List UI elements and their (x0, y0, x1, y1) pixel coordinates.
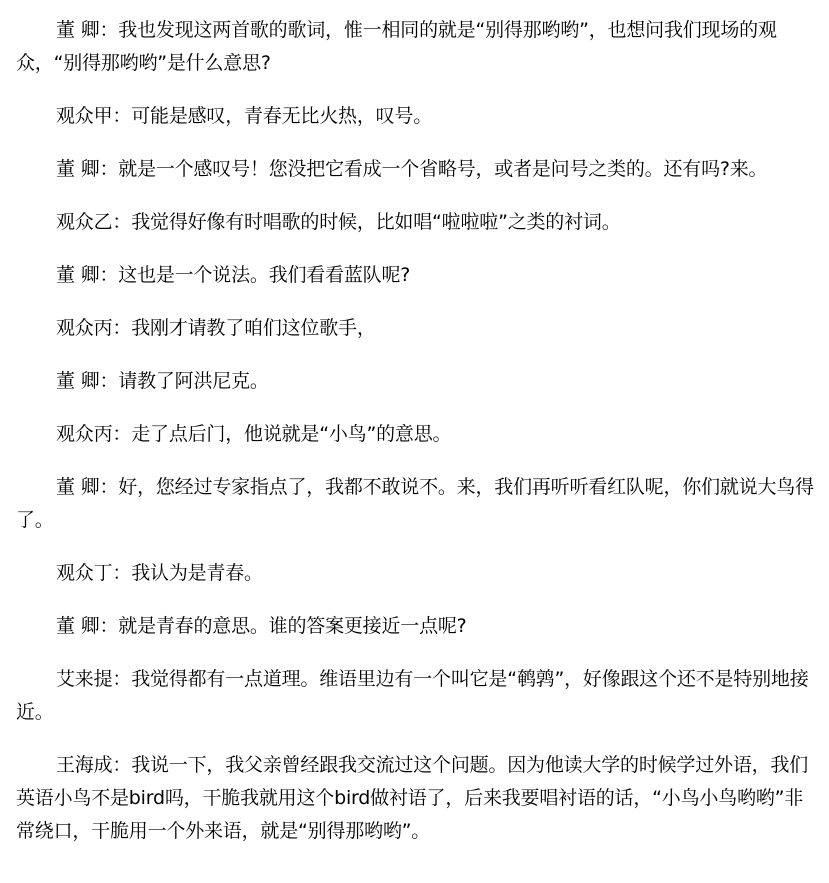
dialogue-text: 就是一个感叹号！您没把它看成一个省略号，或者是问号之类的。还有吗?来。 (118, 158, 767, 180)
paragraph: 观众丙：走了点后门，他说就是“小鸟”的意思。 (16, 418, 817, 451)
speaker-name: 董 卿 (56, 158, 99, 180)
paragraph: 观众丁：我认为是青春。 (16, 557, 817, 590)
speaker-name: 董 卿 (56, 615, 99, 637)
dialogue-text: 我觉得好像有时唱歌的时候，比如唱“啦啦啦”之类的衬词。 (131, 211, 620, 233)
paragraph: 观众甲：可能是感叹，青春无比火热，叹号。 (16, 100, 817, 133)
speaker-name: 观众丙 (56, 423, 112, 445)
dialogue-text: 我说一下，我父亲曾经跟我交流过这个问题。因为他读大学的时候学过外语，我们英语小鸟… (16, 754, 808, 842)
dialogue-text: 我刚才请教了咱们这位歌手， (131, 317, 375, 339)
dialogue-text: 我觉得都有一点道理。维语里边有一个叫它是“鹌鹑”，好像跟这个还不是特别地接近。 (16, 668, 809, 723)
dialogue-text: 可能是感叹，青春无比火热，叹号。 (131, 105, 432, 127)
paragraph: 王海成：我说一下，我父亲曾经跟我交流过这个问题。因为他读大学的时候学过外语，我们… (16, 749, 817, 848)
speaker-name: 董 卿 (56, 264, 99, 286)
paragraph: 董 卿：这也是一个说法。我们看看蓝队呢? (16, 259, 817, 292)
speaker-name: 观众甲 (56, 105, 112, 127)
paragraph: 董 卿：请教了阿洪尼克。 (16, 365, 817, 398)
paragraph: 董 卿：就是一个感叹号！您没把它看成一个省略号，或者是问号之类的。还有吗?来。 (16, 153, 817, 186)
dialogue-text: 请教了阿洪尼克。 (118, 370, 268, 392)
document-body: 董 卿：我也发现这两首歌的歌词，惟一相同的就是“别得那哟哟”，也想问我们现场的观… (0, 0, 829, 848)
dialogue-text: 我认为是青春。 (131, 562, 263, 584)
paragraph: 董 卿：好，您经过专家指点了，我都不敢说不。来，我们再听听看红队呢，你们就说大鸟… (16, 471, 817, 537)
dialogue-text: 走了点后门，他说就是“小鸟”的意思。 (131, 423, 451, 445)
speaker-name: 观众乙 (56, 211, 112, 233)
paragraph: 董 卿：就是青春的意思。谁的答案更接近一点呢? (16, 610, 817, 643)
speaker-name: 观众丁 (56, 562, 112, 584)
paragraph: 艾来提：我觉得都有一点道理。维语里边有一个叫它是“鹌鹑”，好像跟这个还不是特别地… (16, 663, 817, 729)
speaker-name: 董 卿 (56, 370, 99, 392)
dialogue-text: 我也发现这两首歌的歌词，惟一相同的就是“别得那哟哟”，也想问我们现场的观众，“别… (16, 19, 777, 74)
dialogue-text: 好，您经过专家指点了，我都不敢说不。来，我们再听听看红队呢，你们就说大鸟得了。 (16, 476, 814, 531)
dialogue-text: 就是青春的意思。谁的答案更接近一点呢? (118, 615, 466, 637)
dialogue-text: 这也是一个说法。我们看看蓝队呢? (118, 264, 410, 286)
speaker-name: 观众丙 (56, 317, 112, 339)
paragraph: 董 卿：我也发现这两首歌的歌词，惟一相同的就是“别得那哟哟”，也想问我们现场的观… (16, 14, 817, 80)
speaker-name: 王海成 (56, 754, 112, 776)
paragraph: 观众丙：我刚才请教了咱们这位歌手， (16, 312, 817, 345)
paragraph: 观众乙：我觉得好像有时唱歌的时候，比如唱“啦啦啦”之类的衬词。 (16, 206, 817, 239)
speaker-name: 艾来提 (56, 668, 112, 690)
speaker-name: 董 卿 (56, 19, 99, 41)
speaker-name: 董 卿 (56, 476, 99, 498)
